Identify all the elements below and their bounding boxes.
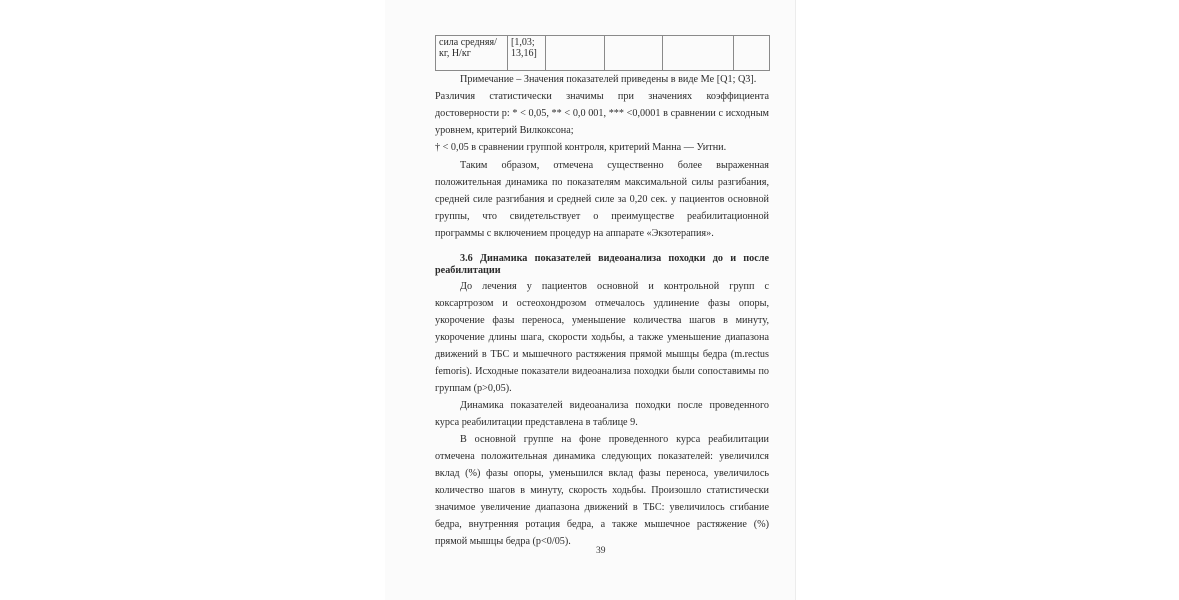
- page-number: 39: [596, 546, 606, 556]
- paragraph-dynamics: Динамика показателей видеоанализа походк…: [435, 397, 769, 431]
- table-note-significance: Различия статистически значимы при значе…: [435, 88, 769, 139]
- table-cell: [663, 36, 734, 71]
- table-note-title: Примечание – Значения показателей привед…: [435, 71, 769, 88]
- paragraph-main-group: В основной группе на фоне проведенного к…: [435, 431, 769, 550]
- table-cell: [546, 36, 605, 71]
- data-table: сила средняя/кг, Н/кг [1,03; 13,16]: [435, 35, 770, 71]
- table-cell: сила средняя/кг, Н/кг: [436, 36, 508, 71]
- page-content: сила средняя/кг, Н/кг [1,03; 13,16] Прим…: [435, 35, 769, 550]
- table-cell: [605, 36, 663, 71]
- paragraph-conclusion: Таким образом, отмечена существенно боле…: [435, 157, 769, 242]
- paragraph-before-treatment: До лечения у пациентов основной и контро…: [435, 278, 769, 397]
- table-note-control: † < 0,05 в сравнении группой контроля, к…: [435, 139, 769, 156]
- section-heading: 3.6 Динамика показателей видеоанализа по…: [435, 253, 769, 277]
- table-cell: [734, 36, 770, 71]
- table-cell: [1,03; 13,16]: [508, 36, 546, 71]
- table-row: сила средняя/кг, Н/кг [1,03; 13,16]: [436, 36, 770, 71]
